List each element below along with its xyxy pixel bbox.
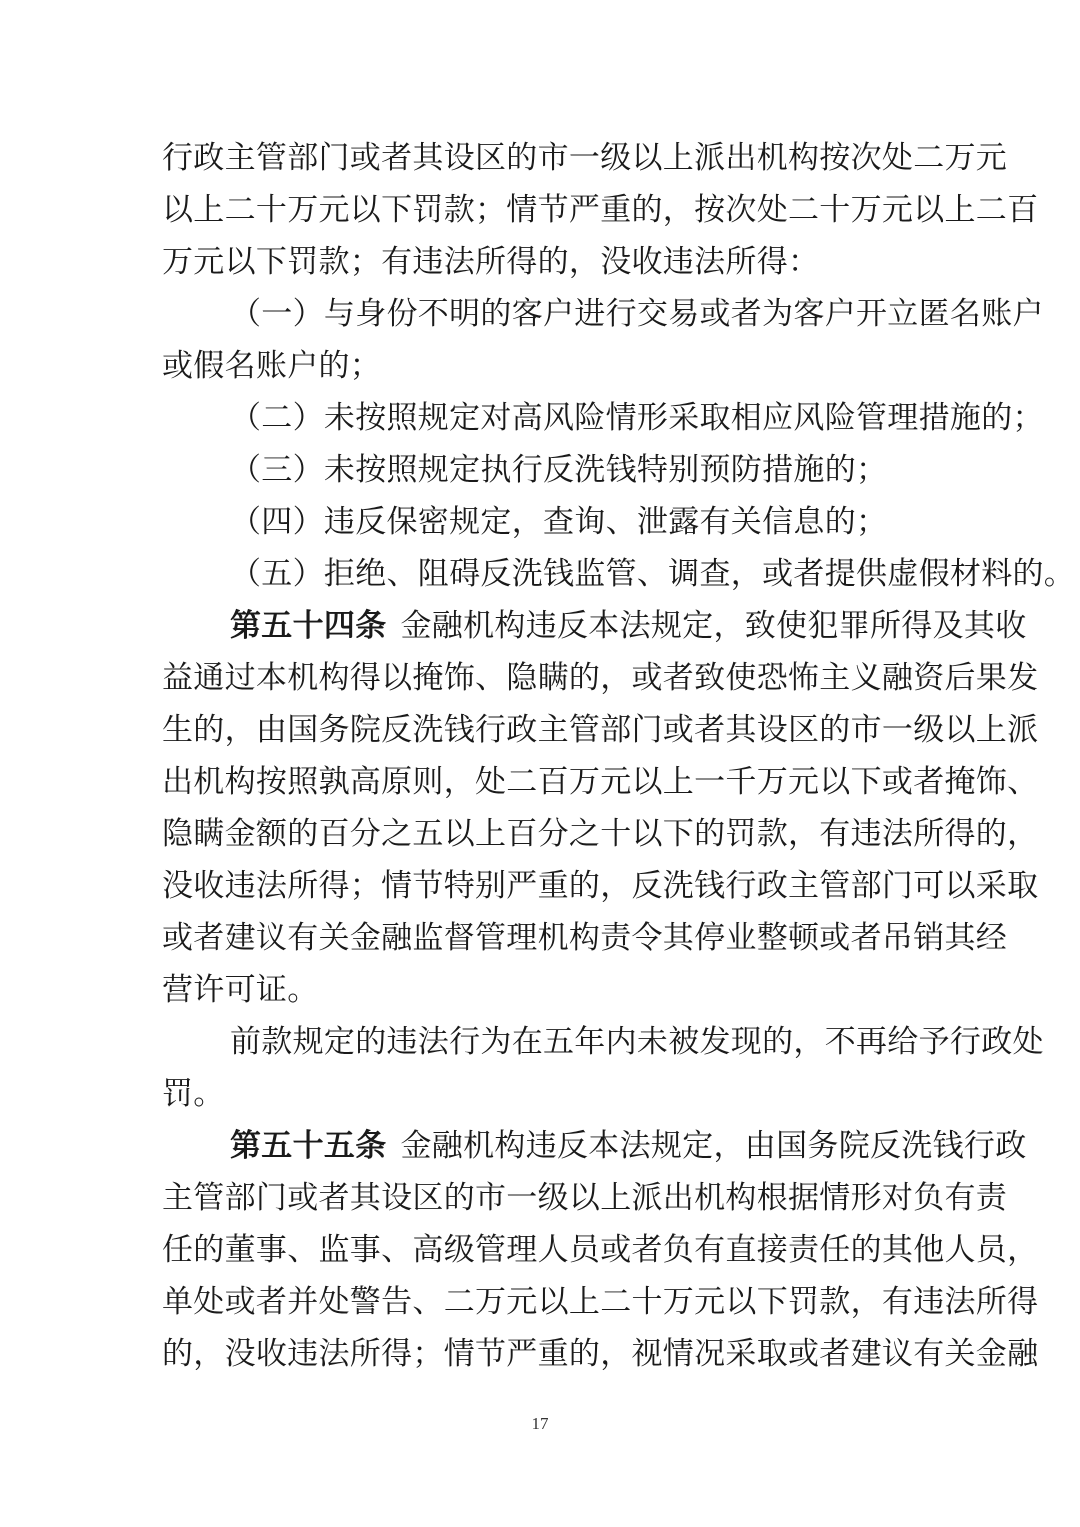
article-54-text: 金融机构违反本法规定，致使犯罪所得及其收 <box>401 608 1027 644</box>
list-item-1-continuation: 或假名账户的； <box>162 340 918 392</box>
text-line: 隐瞒金额的百分之五以上百分之十以下的罚款，有违法所得的， <box>162 808 918 860</box>
text-line: 生的，由国务院反洗钱行政主管部门或者其设区的市一级以上派 <box>162 704 918 756</box>
article-55-first-line: 第五十五条金融机构违反本法规定，由国务院反洗钱行政 <box>162 1120 918 1172</box>
list-item-2: （二）未按照规定对高风险情形采取相应风险管理措施的； <box>162 392 918 444</box>
text-line: 的，没收违法所得；情节严重的，视情况采取或者建议有关金融 <box>162 1328 918 1380</box>
text-line: 任的董事、监事、高级管理人员或者负有直接责任的其他人员， <box>162 1224 918 1276</box>
list-item-4: （四）违反保密规定，查询、泄露有关信息的； <box>162 496 918 548</box>
page-number: 17 <box>0 1414 1080 1434</box>
article-55-number: 第五十五条 <box>230 1128 387 1164</box>
text-line: 以上二十万元以下罚款；情节严重的，按次处二十万元以上二百 <box>162 184 918 236</box>
text-line: 益通过本机构得以掩饰、隐瞒的，或者致使恐怖主义融资后果发 <box>162 652 918 704</box>
text-line: 单处或者并处警告、二万元以上二十万元以下罚款，有违法所得 <box>162 1276 918 1328</box>
list-item-1: （一）与身份不明的客户进行交易或者为客户开立匿名账户 <box>162 288 918 340</box>
text-line: 没收违法所得；情节特别严重的，反洗钱行政主管部门可以采取 <box>162 860 918 912</box>
text-line: 行政主管部门或者其设区的市一级以上派出机构按次处二万元 <box>162 132 918 184</box>
article-55-text: 金融机构违反本法规定，由国务院反洗钱行政 <box>401 1128 1027 1164</box>
text-line: 万元以下罚款；有违法所得的，没收违法所得： <box>162 236 918 288</box>
article-54-first-line: 第五十四条金融机构违反本法规定，致使犯罪所得及其收 <box>162 600 918 652</box>
text-line: 营许可证。 <box>162 964 918 1016</box>
article-54-number: 第五十四条 <box>230 608 387 644</box>
list-item-3: （三）未按照规定执行反洗钱特别预防措施的； <box>162 444 918 496</box>
list-item-5: （五）拒绝、阻碍反洗钱监管、调查，或者提供虚假材料的。 <box>162 548 918 600</box>
document-page: 行政主管部门或者其设区的市一级以上派出机构按次处二万元 以上二十万元以下罚款；情… <box>162 132 918 1380</box>
text-line: 主管部门或者其设区的市一级以上派出机构根据情形对负有责 <box>162 1172 918 1224</box>
article-54-paragraph-2: 前款规定的违法行为在五年内未被发现的，不再给予行政处 <box>162 1016 918 1068</box>
text-line: 或者建议有关金融监督管理机构责令其停业整顿或者吊销其经 <box>162 912 918 964</box>
text-line: 出机构按照孰高原则，处二百万元以上一千万元以下或者掩饰、 <box>162 756 918 808</box>
text-line: 罚。 <box>162 1068 918 1120</box>
